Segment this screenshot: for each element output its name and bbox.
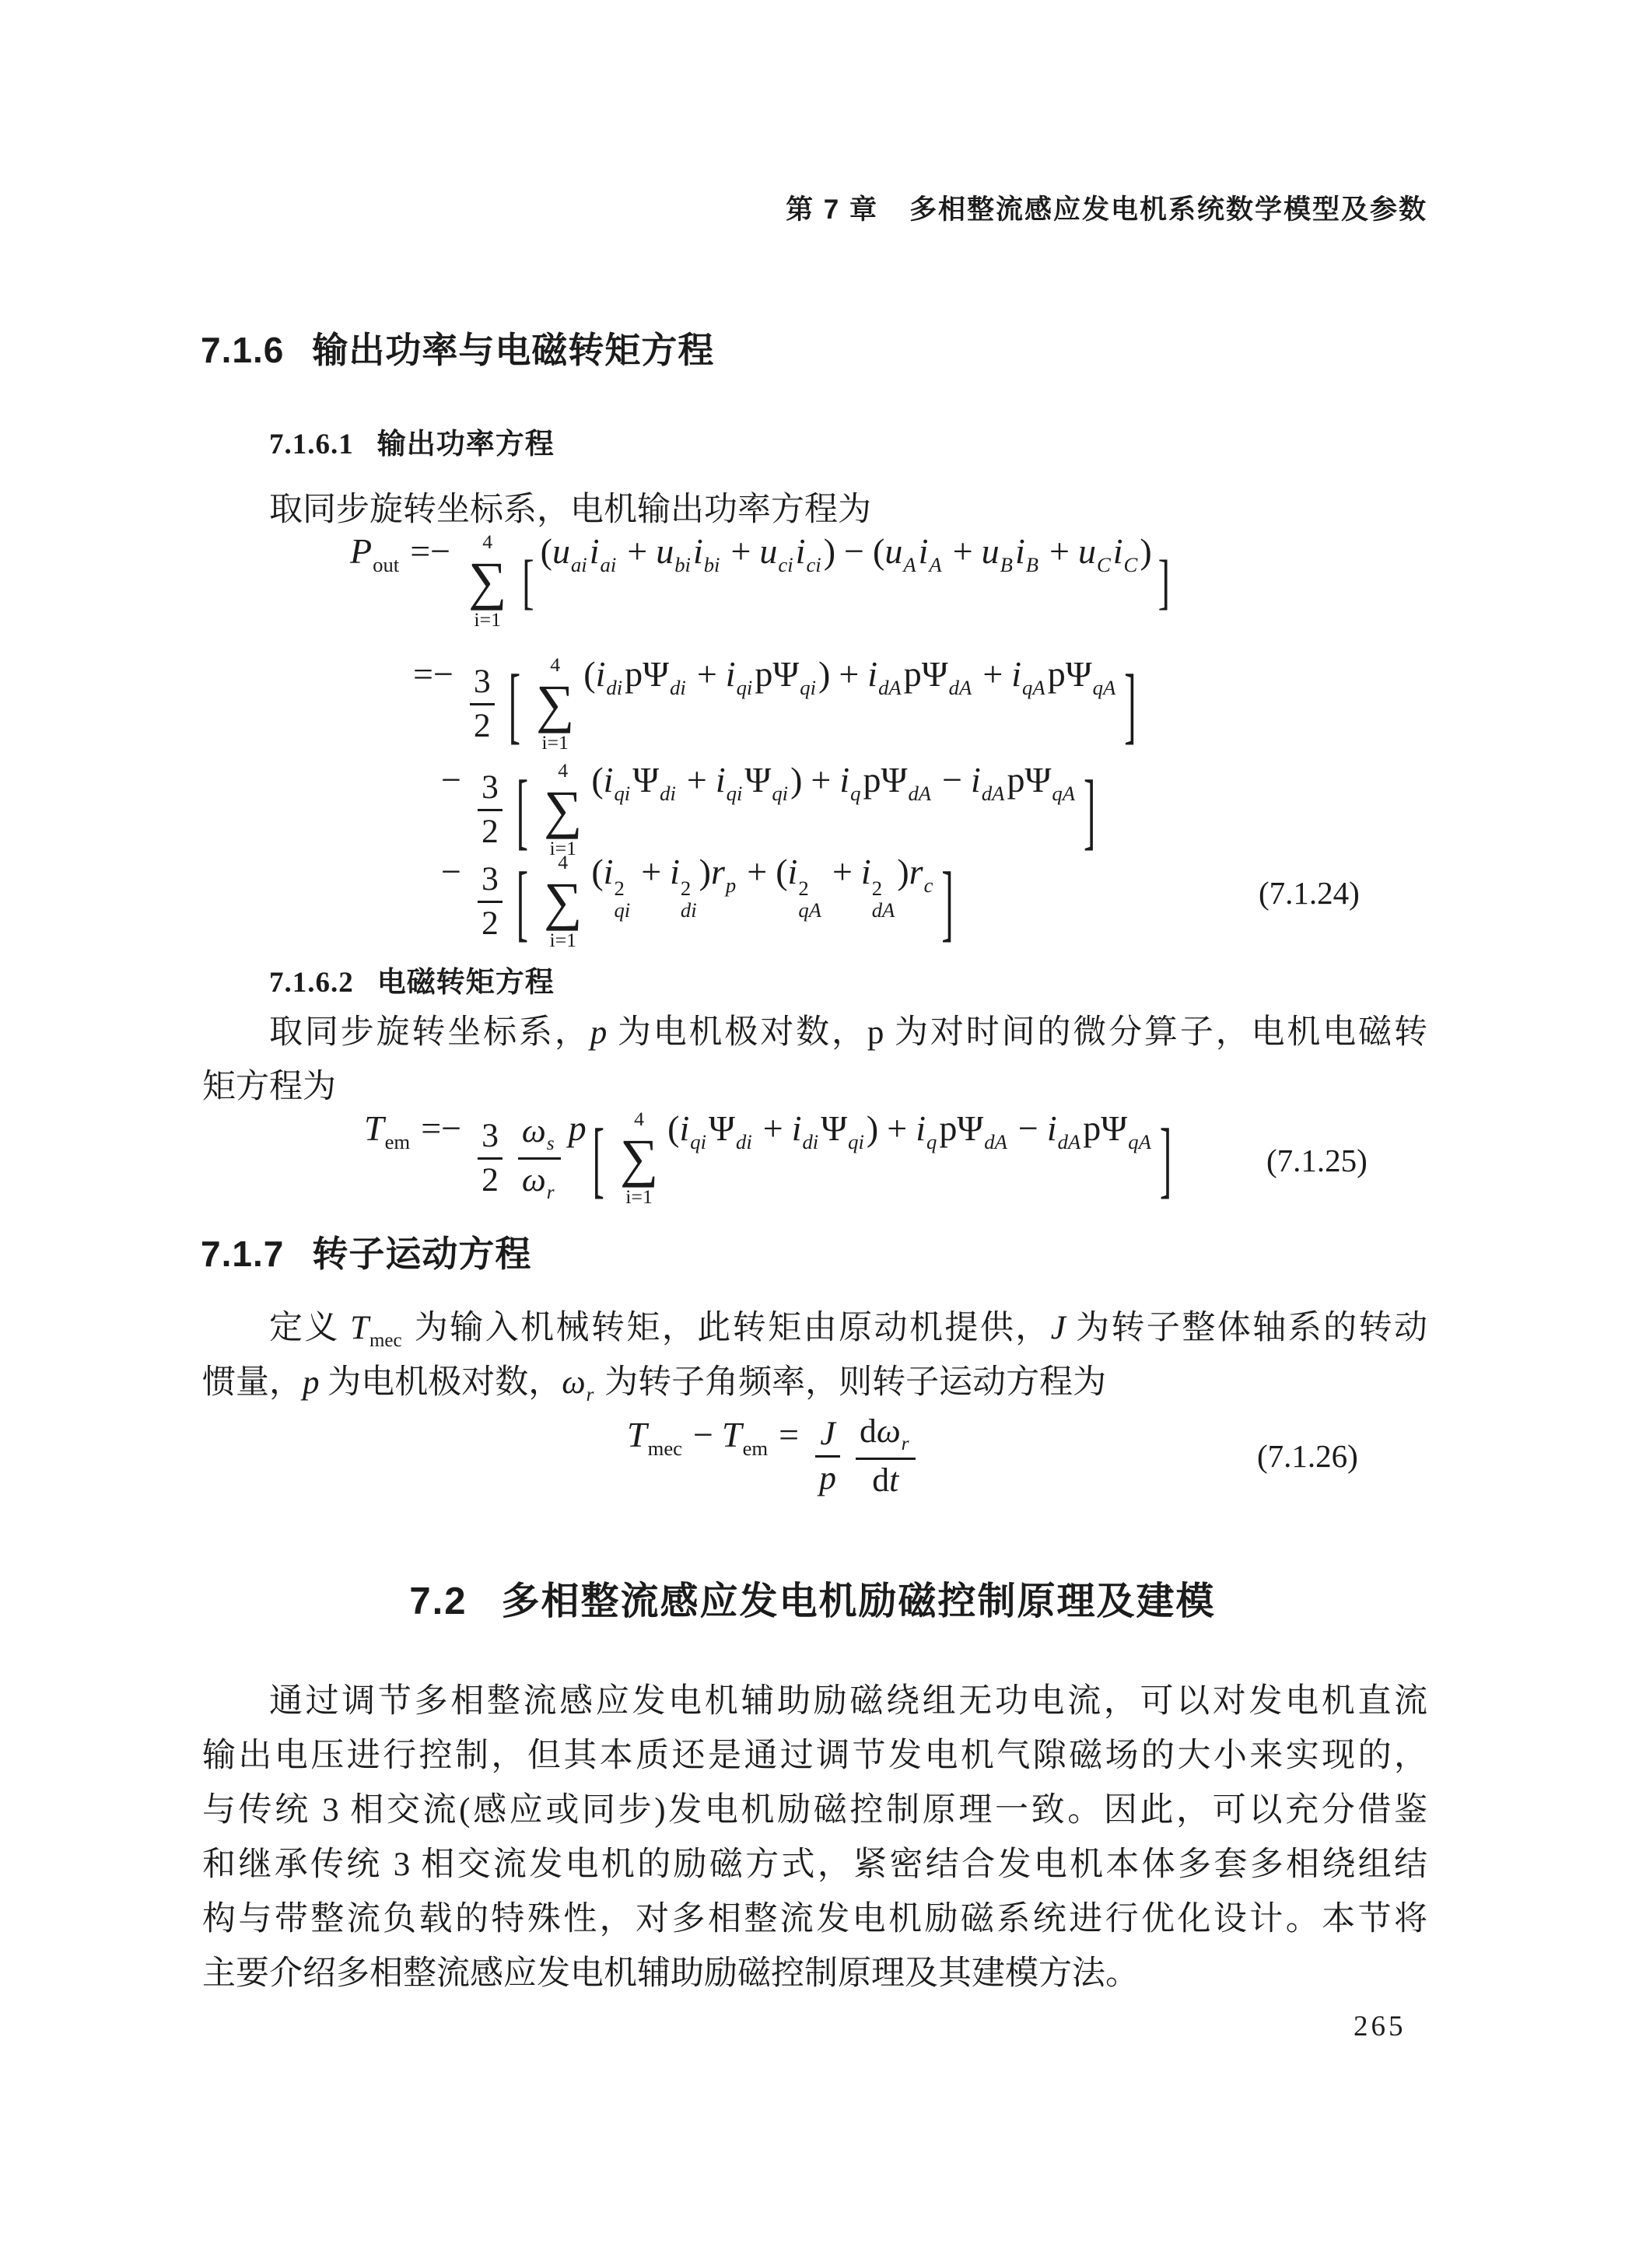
paragraph-torque-line2: 矩方程为 [202,1066,1427,1109]
heading-7-1-6-number: 7.1.6 [201,330,284,370]
equation-7-1-24-line3: −32[4∑i=1(iqiΨdi+iqiΨqi)+iqpΨdA−idApΨqA] [433,759,1101,861]
running-header: 第 7 章多相整流感应发电机系统数学模型及参数 [0,188,1427,227]
heading-7-1-6: 7.1.6输出功率与电磁转矩方程 [201,322,714,373]
heading-7-2: 7.2多相整流感应发电机励磁控制原理及建模 [0,1571,1625,1626]
page-number: 265 [1354,2010,1406,2043]
paragraph-rotor-line2: 惯量，p 为电机极对数，ωr 为转子角频率，则转子运动方程为 [202,1361,1427,1408]
heading-7-1-6-title: 输出功率与电磁转矩方程 [312,330,714,370]
heading-7-2-number: 7.2 [409,1580,467,1622]
equation-number-7-1-26: (7.1.26) [1257,1437,1358,1475]
paragraph-excitation-line5: 构与带整流负载的特殊性，对多相整流发电机励磁系统进行优化设计。本节将 [202,1898,1427,1941]
heading-7-1-6-2-title: 电磁转矩方程 [377,967,555,999]
heading-7-1-7: 7.1.7转子运动方程 [201,1226,531,1277]
paragraph-intro-power: 取同步旋转坐标系，电机输出功率方程为 [269,488,1427,532]
equation-7-1-24-line4: −32[4∑i=1(i2qi+i2di)rp+(i2qA+i2dA)rc] [433,851,960,953]
paragraph-excitation-line3: 与传统 3 相交流(感应或同步)发电机励磁控制原理一致。因此，可以充分借鉴 [202,1789,1427,1832]
chapter-title: 多相整流感应发电机系统数学模型及参数 [909,194,1427,225]
heading-7-1-6-1: 7.1.6.1输出功率方程 [269,420,555,462]
book-page: 第 7 章多相整流感应发电机系统数学模型及参数 7.1.6输出功率与电磁转矩方程… [0,0,1625,2268]
equation-number-7-1-25: (7.1.25) [1266,1142,1368,1179]
equation-7-1-24-line2: =−32[4∑i=1(idipΨdi+iqipΨqi)+idApΨdA+iqAp… [404,653,1143,755]
paragraph-torque-line1: 取同步旋转坐标系，p 为电机极对数，p 为对时间的微分算子，电机电磁转 [202,1011,1427,1055]
heading-7-2-title: 多相整流感应发电机励磁控制原理及建模 [502,1580,1216,1622]
equation-7-1-25: Tem=−32ωsωrp[4∑i=1(iqiΨdi+idiΨqi)+iqpΨdA… [364,1108,1178,1209]
heading-7-1-6-2-number: 7.1.6.2 [269,967,354,999]
paragraph-excitation-line2: 输出电压进行控制，但其本质还是通过调节发电机气隙磁场的大小来实现的， [202,1734,1427,1778]
heading-7-1-6-2: 7.1.6.2电磁转矩方程 [269,958,555,1000]
equation-number-7-1-24: (7.1.24) [1259,874,1360,912]
paragraph-excitation-line4: 和继承传统 3 相交流发电机的励磁方式，紧密结合发电机本体多套多相绕组结 [202,1843,1427,1887]
heading-7-1-6-1-title: 输出功率方程 [377,429,555,460]
heading-7-1-7-number: 7.1.7 [201,1234,284,1274]
equation-7-1-26: Tmec−Tem=Jpdωrdt [627,1414,923,1499]
heading-7-1-6-1-number: 7.1.6.1 [269,429,354,460]
equation-7-1-24-line1: Pout=−4∑i=1[(uaiiai+ubiibi+uciici)−(uAiA… [350,530,1176,632]
paragraph-rotor-line1: 定义 Tmec 为输入机械转矩，此转矩由原动机提供，J 为转子整体轴系的转动 [202,1307,1427,1353]
chapter-label: 第 7 章 [786,194,878,225]
paragraph-excitation-line6: 主要介绍多相整流感应发电机辅助励磁控制原理及其建模方法。 [202,1952,1427,1996]
paragraph-excitation-line1: 通过调节多相整流感应发电机辅助励磁绕组无功电流，可以对发电机直流 [202,1680,1427,1724]
heading-7-1-7-title: 转子运动方程 [312,1234,531,1274]
